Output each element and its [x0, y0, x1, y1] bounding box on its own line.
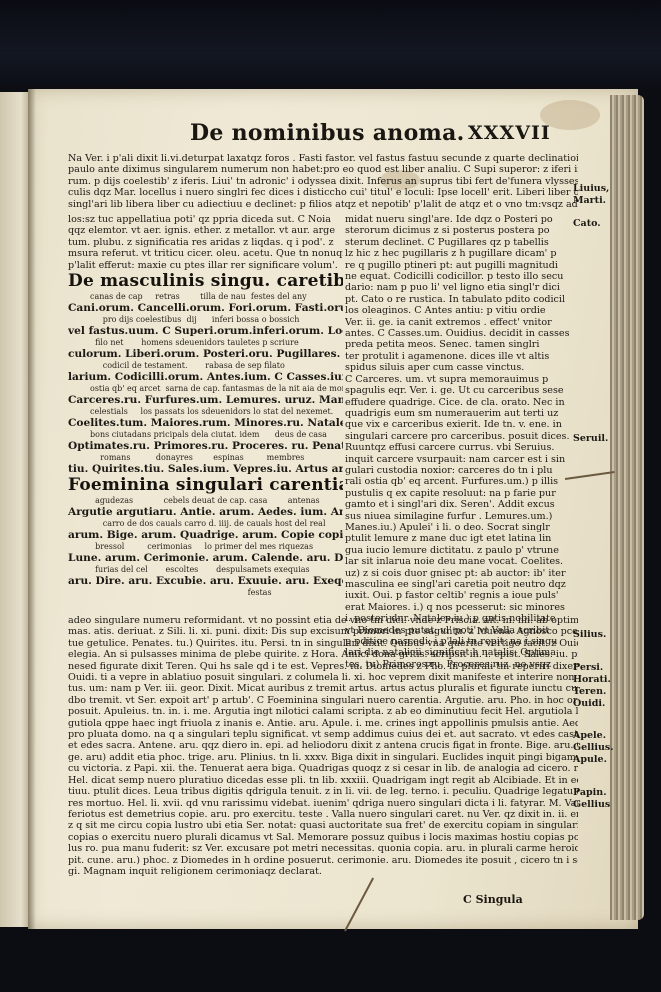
text-line: copias o exercitu nuero plurali dicamus …	[68, 832, 578, 843]
text-line: mas. atis. deriuat. z Sili. li. xi. puni…	[68, 626, 578, 637]
section-heading: De masculinis singu. caretibus.	[68, 271, 343, 291]
text-line: nesed figurate dixit Teren. Qui hs sale …	[68, 661, 578, 672]
text-line: singl'ari lib libera liber cu adiectiuu …	[68, 199, 578, 210]
text-line: midat nueru singl'are. Ide dqz o Posteri…	[345, 214, 575, 225]
text-line: preda petita meos. Senec. tamen singlri	[345, 339, 575, 350]
interlinear-gloss: celestials los passats los sdeuenidors l…	[68, 406, 343, 417]
text-line: arum. Bige. arum. Quadrige. arum. Copie …	[68, 529, 343, 541]
text-line: Cani.orum. Cancelli.orum. Fori.orum. Fas…	[68, 302, 343, 314]
text-line: Hel. dicat semp nuero pluratiuo dicedas …	[68, 775, 578, 786]
interlinear-gloss: bressol cerimonias lo primer del mes riq…	[68, 541, 343, 552]
marginal-note: Horati.	[573, 674, 611, 685]
interlinear-gloss: pro dijs coelestibus dij inferi bossa o …	[68, 314, 343, 325]
marginal-note: Papin.	[573, 787, 607, 798]
text-line: cu victoria. z Papi. xii. the. Tenuerat …	[68, 763, 578, 774]
text-line: iuxit. Oui. p fastor celtib' regnis a io…	[345, 590, 575, 601]
text-line: re q pugillo ptineri pt: aut pugilli mag…	[345, 260, 575, 271]
text-line: ptulit lemure z mane duc igt etet latina…	[345, 533, 575, 544]
marginal-note: Persi.	[573, 662, 603, 673]
marginal-note: Marti.	[573, 195, 606, 206]
text-line: pt. Cato o re rustica. In tabulato pdito…	[345, 294, 575, 305]
text-line: adeo singulare numeru reformidant. vt no…	[68, 615, 578, 626]
text-line: spidus siluis aper cum casse vinctus.	[345, 362, 575, 373]
interlinear-gloss: bons ciutadans pricipals dela ciutat. id…	[68, 429, 343, 440]
marginal-note: Gellius.	[573, 742, 614, 753]
text-line: Carceres.ru. Furfures.um. Lemures. uruz.…	[68, 394, 343, 406]
text-line: ne equat. Codicilli codicillor. p testo …	[345, 271, 575, 282]
text-line: gutiola qppe haec ingt friuola z inanis …	[68, 718, 578, 729]
marginal-note: Gellius	[573, 799, 610, 810]
text-line: quadrigis eum sm numerauerim aut terti u…	[345, 408, 575, 419]
text-line: qqz elemtor. vt aer. ignis. ether. z met…	[68, 225, 343, 236]
text-line: p'lalit efferut: maxie cu ptes illar rer…	[68, 260, 343, 271]
text-line: Lune. arum. Cerimonie. arum. Calende. ar…	[68, 552, 343, 564]
text-line: effudere quadrige. Cice. de cla. orato. …	[345, 397, 575, 408]
text-line: vel fastus.uum. C Superi.orum.inferi.oru…	[68, 325, 343, 337]
dark-backdrop	[0, 0, 661, 90]
text-line: que vix e carceribus exierit. Ide tn. v.…	[345, 419, 575, 430]
text-line: C Carceres. um. vt supra memorauimus p	[345, 374, 575, 385]
text-line: tus. um: nam p Ver. iii. geor. Dixit. Mi…	[68, 683, 578, 694]
text-line: inquit carcere vsurpauit: nam carcer est…	[345, 454, 575, 465]
text-line: sterorum dicimus z si posterus postera p…	[345, 225, 575, 236]
text-line: Manes.iu.) Apulei' i li. o deo. Socrat s…	[345, 522, 575, 533]
interlinear-gloss: festas	[68, 587, 343, 598]
text-line: lz hic z hec pugillaris z h pugillare di…	[345, 248, 575, 259]
text-line: masculina ee singl'ari caretia poit neut…	[345, 579, 575, 590]
text-line: tum. plubu. z significatia res aridas z …	[68, 237, 343, 248]
text-line: Optimates.ru. Primores.ru. Proceres. ru.…	[68, 440, 343, 452]
text-line: gi. Magnam inquit religionem cerimoniaqz…	[68, 866, 578, 877]
text-line: sus niuea similagine furfur . Lemures.um…	[345, 511, 575, 522]
text-line: tiuu. ptulit dices. Leua tribus digitis …	[68, 786, 578, 797]
running-head: De nominibus anoma.	[190, 120, 465, 146]
text-line: sterum declinet. C Pugillares qz p tabel…	[345, 237, 575, 248]
body-paragraph: adeo singulare numeru reformidant. vt no…	[68, 615, 578, 877]
right-column: midat nueru singl'are. Ide dqz o Posteri…	[345, 214, 575, 670]
text-line: et edes sacra. Antene. aru. qqz diero in…	[68, 740, 578, 751]
text-line: aru. Dire. aru. Excubie. aru. Exuuie. ar…	[68, 575, 343, 587]
text-line: feriotus est demetrius copie. aru. pro e…	[68, 809, 578, 820]
text-line: uz) z si cois duor gnisec pt: ab auctor:…	[345, 568, 575, 579]
text-line: Ouidi. ti a vepre in ablatiuo posuit sin…	[68, 672, 578, 683]
interlinear-gloss: furias del cel escoltes despulsamets exe…	[68, 564, 343, 575]
text-line: gua iucio lemure dictitatu. z paulo p' v…	[345, 545, 575, 556]
marginal-note: Liuius,	[573, 183, 609, 194]
text-line: dario: nam p puo li' vel ligno etia sing…	[345, 282, 575, 293]
marginal-note: Apule.	[573, 754, 607, 765]
text-line: pit. cune. aru.) phoc. z Diomedes in h o…	[68, 855, 578, 866]
text-line: Ruuntqz effusi carcere currus. vbi Serui…	[345, 442, 575, 453]
text-line: los:sz tuc appellatiua poti' qz ppria di…	[68, 214, 343, 225]
interlinear-gloss: canas de cap retras tilla de nau festes …	[68, 291, 343, 302]
intro-paragraph: Na Ver. i p'ali dixit li.vi.deturpat lax…	[68, 153, 578, 210]
marginal-note: Silius.	[573, 629, 606, 640]
marginal-note: Apele.	[573, 730, 606, 741]
section-heading: Foeminina singulari carentia.	[68, 475, 343, 495]
text-line: lus ro. pua manu fuderit: sz Ver. excusa…	[68, 843, 578, 854]
text-line: gamto et i singl'ari dix. Seren'. Addit …	[345, 499, 575, 510]
interlinear-gloss: romans donayres espinas membres	[68, 452, 343, 463]
text-line: rali ostia qb' eq arcent. Furfures.um.) …	[345, 476, 575, 487]
interlinear-gloss: codicil de testament. rabasa de sep fila…	[68, 360, 343, 371]
interlinear-gloss: agudezas cebels deuat de cap. casa anten…	[68, 495, 343, 506]
text-line: posuit. Apuleius. tn. in. i. me. Argutia…	[68, 706, 578, 717]
interlinear-gloss: carro de dos cauals carro d. iiij. de ca…	[68, 518, 343, 529]
left-column: los:sz tuc appellatiua poti' qz ppria di…	[68, 214, 343, 598]
text-line: elegia. An si pulsasses minima de plebe …	[68, 649, 578, 660]
text-line: pro pluata domo. na q a singulari teplu …	[68, 729, 578, 740]
text-line: singulari carcere pro carceribus. posuit…	[345, 431, 575, 442]
text-line: antes. C Casses.um. Ouidius. decidit in …	[345, 328, 575, 339]
interlinear-gloss: filo net homens sdeuenidors tauletes p s…	[68, 337, 343, 348]
folio-number: XXXVII	[468, 122, 551, 144]
marginal-note: Seruil.	[573, 433, 608, 444]
text-line: Coelites.tum. Maiores.rum. Minores.ru. N…	[68, 417, 343, 429]
text-line: tue getulice. Penates. tu.) Quirites. it…	[68, 638, 578, 649]
text-line: Ver. ii. ge. ia canit extremos . effect'…	[345, 317, 575, 328]
marginal-note: Ouidi.	[573, 698, 605, 709]
text-line: culis dqz Mar. locellus i nuero singlri …	[68, 187, 578, 198]
text-line: pustulis q ex capite resoluut: na p fari…	[345, 488, 575, 499]
text-line: los oleaginos. C Antes antiu: p vitiu or…	[345, 305, 575, 316]
text-line: msura referut. vt triticu cicer. oleu. a…	[68, 248, 343, 259]
text-line: z q sit me circu copia lustro ubi etia S…	[68, 820, 578, 831]
marginal-note: Cato.	[573, 218, 601, 229]
text-line: lar sit inlarua noie deu mane vocat. Coe…	[345, 556, 575, 567]
text-line: ge. aru) addit etia phoc. trige. aru. Pl…	[68, 752, 578, 763]
text-line: paulo ante diximus singularem numerum no…	[68, 164, 578, 175]
text-line: Argutie argutiaru. Antie. arum. Aedes. i…	[68, 506, 343, 518]
catchword: C Singula	[463, 893, 523, 906]
text-line: dbo tremit. vt Ser. expoit art' p artub'…	[68, 695, 578, 706]
text-line: rum. p dijs coelestib' z iferis. Liui' t…	[68, 176, 578, 187]
text-line: res mortuo. Hel. li. xvii. qd vnu rariss…	[68, 798, 578, 809]
text-line: Na Ver. i p'ali dixit li.vi.deturpat lax…	[68, 153, 578, 164]
gutter-shadow	[28, 89, 36, 929]
marginal-note: Teren.	[573, 686, 606, 697]
text-line: culorum. Liberi.orum. Posteri.oru. Pugil…	[68, 348, 343, 360]
text-line: spagulis eqr. Ver. i. ge. Ut cu carcerib…	[345, 385, 575, 396]
text-line: larium. Codicilli.orum. Antes.ium. C Cas…	[68, 371, 343, 383]
interlinear-gloss: ostia qb' eq arcet sarna de cap. fantasm…	[68, 383, 343, 394]
text-line: gulari custodia noxior: carceres do tn i…	[345, 465, 575, 476]
text-line: erat Maiores. i.) q nos pcesserut: sic m…	[345, 602, 575, 613]
page-block-edge	[610, 95, 644, 920]
text-line: ter protulit i agamenone. dices ille vt …	[345, 351, 575, 362]
text-line: tiu. Quirites.tiu. Sales.ium. Vepres.iu.…	[68, 463, 343, 475]
